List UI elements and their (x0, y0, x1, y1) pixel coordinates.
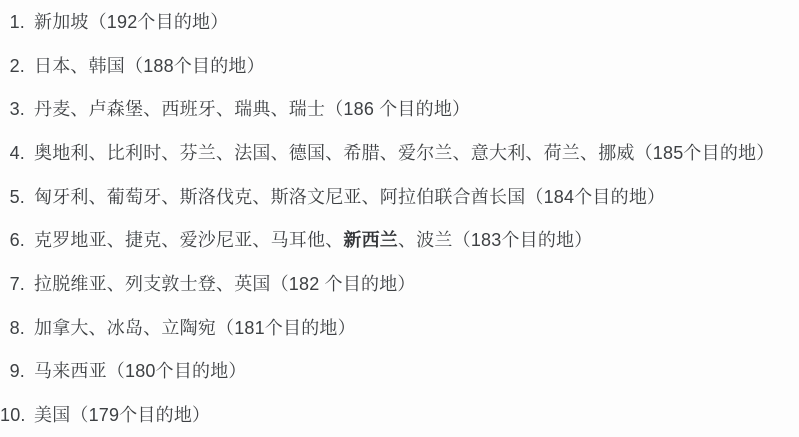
list-item-text: 日本、韩国（188个目的地） (34, 57, 265, 75)
list-item: 3. 丹麦、卢森堡、西班牙、瑞典、瑞士（186 个目的地） (0, 87, 799, 131)
list-item-text-post: 、波兰（183个目的地） (398, 230, 592, 250)
list-item-number: 10. (0, 406, 25, 424)
list-item: 10. 美国（179个目的地） (0, 393, 799, 437)
destinations-ranking-list: 1. 新加坡（192个目的地） 2. 日本、韩国（188个目的地） 3. 丹麦、… (0, 0, 799, 437)
list-item-number: 8. (0, 319, 25, 337)
list-item: 2. 日本、韩国（188个目的地） (0, 44, 799, 88)
list-item-text: 美国（179个目的地） (34, 406, 210, 424)
list-item-number: 9. (0, 362, 25, 380)
list-item: 5. 匈牙利、葡萄牙、斯洛伐克、斯洛文尼亚、阿拉伯联合酋长国（184个目的地） (0, 175, 799, 219)
list-item: 4. 奥地利、比利时、芬兰、法国、德国、希腊、爱尔兰、意大利、荷兰、挪威（185… (0, 131, 799, 175)
list-item-number: 6. (0, 231, 25, 249)
list-item-number: 5. (0, 188, 25, 206)
list-item: 7. 拉脱维亚、列支敦士登、英国（182 个目的地） (0, 262, 799, 306)
list-item-text-pre: 克罗地亚、捷克、爱沙尼亚、马耳他、 (34, 230, 343, 250)
list-item-text: 丹麦、卢森堡、西班牙、瑞典、瑞士（186 个目的地） (34, 100, 470, 118)
list-item-text: 加拿大、冰岛、立陶宛（181个目的地） (34, 319, 356, 337)
list-item: 6. 克罗地亚、捷克、爱沙尼亚、马耳他、新西兰、波兰（183个目的地） (0, 218, 799, 262)
list-item-text: 拉脱维亚、列支敦士登、英国（182 个目的地） (34, 275, 416, 293)
list-item-number: 4. (0, 144, 25, 162)
list-item-text: 匈牙利、葡萄牙、斯洛伐克、斯洛文尼亚、阿拉伯联合酋长国（184个目的地） (34, 188, 665, 206)
list-item-text: 马来西亚（180个目的地） (34, 362, 247, 380)
list-item-text: 新加坡（192个目的地） (34, 13, 228, 31)
list-item-text-bold: 新西兰 (343, 230, 398, 250)
list-item-number: 3. (0, 100, 25, 118)
list-item: 9. 马来西亚（180个目的地） (0, 350, 799, 394)
list-item: 8. 加拿大、冰岛、立陶宛（181个目的地） (0, 306, 799, 350)
list-item-number: 1. (0, 13, 25, 31)
list-item-text: 克罗地亚、捷克、爱沙尼亚、马耳他、新西兰、波兰（183个目的地） (34, 231, 592, 249)
list-item-number: 2. (0, 57, 25, 75)
list-item-text: 奥地利、比利时、芬兰、法国、德国、希腊、爱尔兰、意大利、荷兰、挪威（185个目的… (34, 144, 774, 162)
list-item-number: 7. (0, 275, 25, 293)
list-item: 1. 新加坡（192个目的地） (0, 0, 799, 44)
